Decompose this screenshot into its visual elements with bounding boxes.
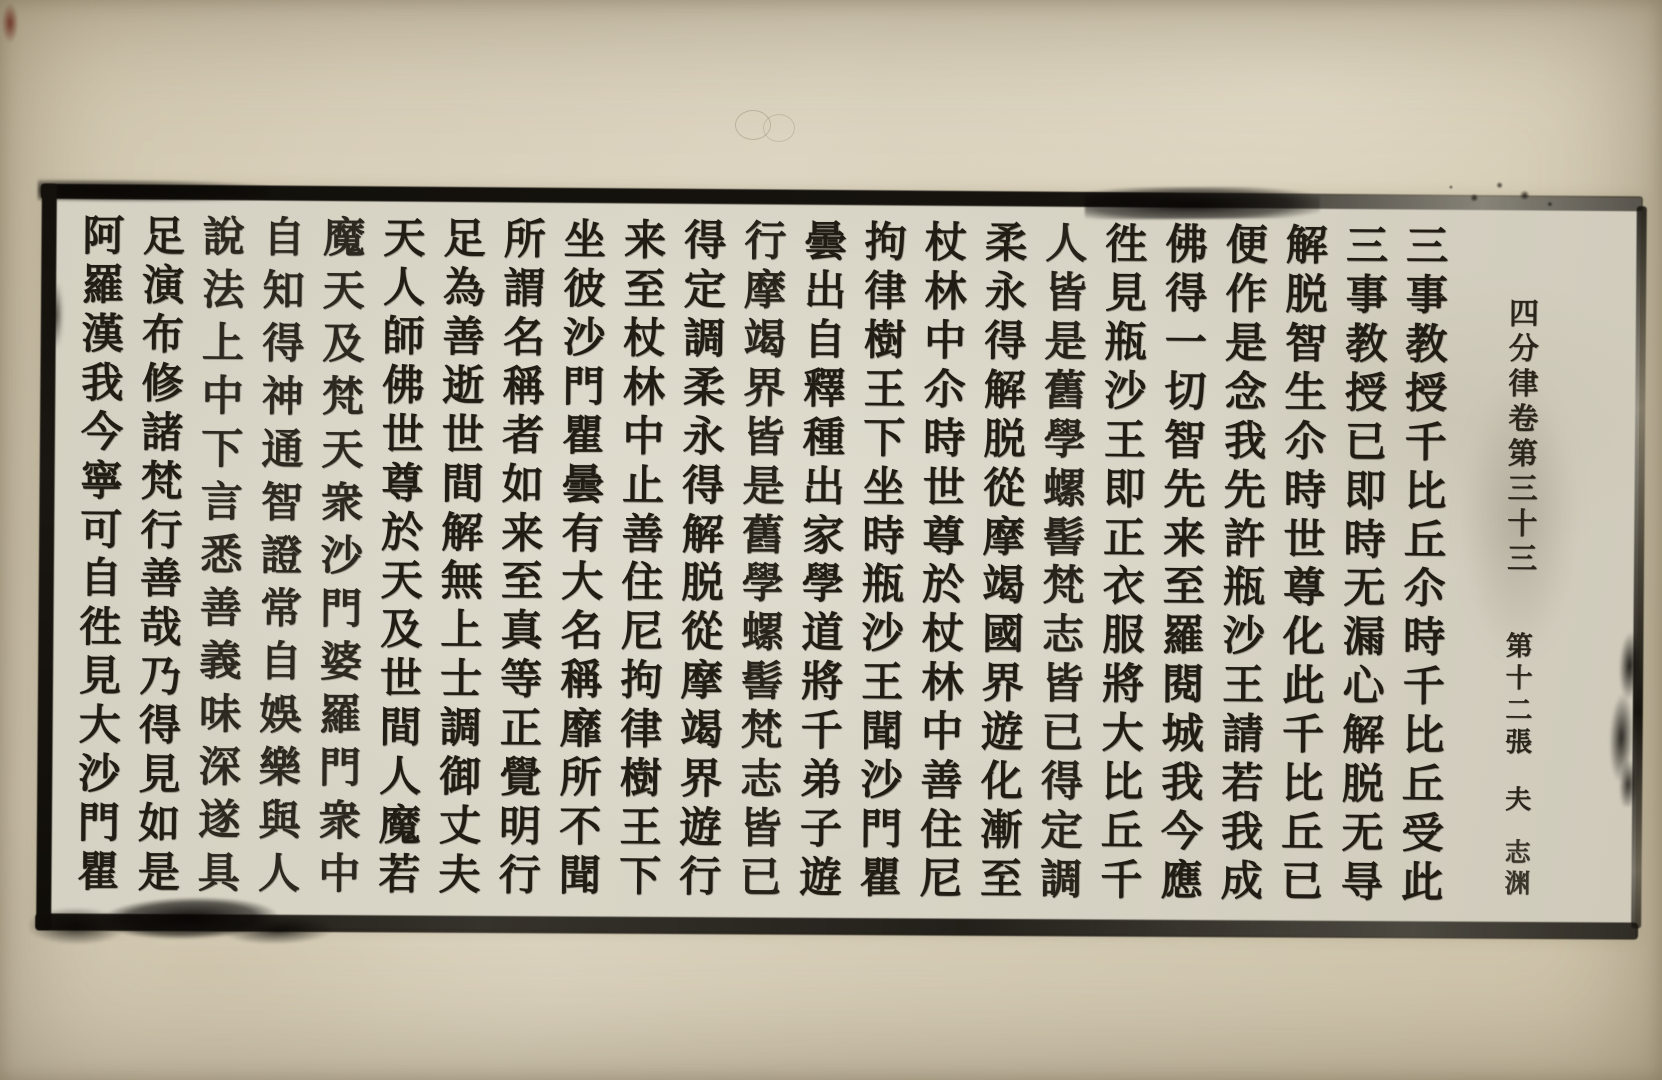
character: 皆: [743, 417, 785, 459]
character: 法: [202, 270, 244, 312]
character: 尒: [924, 369, 966, 411]
character: 世: [442, 415, 484, 457]
character: 調: [683, 319, 725, 361]
character: 已: [1344, 422, 1386, 464]
border-left: [36, 184, 57, 930]
character: 漢: [82, 314, 124, 356]
character: 杖: [925, 223, 967, 265]
character: 曇: [562, 464, 604, 506]
character: 足: [143, 217, 185, 259]
character: 佛: [382, 365, 424, 407]
character: 真: [500, 611, 542, 653]
character: 魔: [323, 218, 365, 260]
character: 王: [1104, 420, 1146, 462]
character: 瞿: [77, 852, 119, 894]
character: 得: [684, 221, 726, 263]
character: 衣: [1103, 567, 1145, 609]
print-border-frame: 三事教授千比丘尒時千比丘受此三事教授已即時无漏心解脱无㝵解脱智生尒時世尊化此千比…: [39, 186, 1641, 939]
character: 竭: [743, 319, 785, 361]
case-marker: 夫: [1498, 785, 1535, 816]
character: 尒: [1403, 569, 1445, 611]
character: 杖: [922, 614, 964, 656]
character: 是: [138, 852, 180, 894]
character: 脱: [681, 563, 723, 605]
character: 自: [263, 217, 305, 259]
character: 舊: [1044, 370, 1086, 412]
character: 善: [443, 317, 485, 359]
character: 名: [503, 317, 545, 359]
character: 是: [1225, 323, 1267, 365]
character: 布: [142, 314, 184, 356]
character: 御: [439, 757, 481, 799]
character: 脱: [983, 419, 1025, 461]
character: 界: [743, 368, 785, 410]
character: 樹: [620, 758, 662, 800]
border-right: [1631, 206, 1647, 928]
character: 髻: [1043, 517, 1085, 559]
character: 具: [198, 853, 240, 895]
character: 通: [261, 429, 303, 471]
character: 城: [1162, 714, 1204, 756]
character: 沙: [1104, 371, 1146, 413]
character: 已: [739, 857, 781, 899]
character: 門: [78, 803, 120, 845]
character: 教: [1345, 324, 1387, 366]
character: 善: [622, 514, 664, 556]
character: 事: [1406, 275, 1448, 317]
character: 時: [1284, 470, 1326, 512]
character: 間: [441, 463, 483, 505]
character: 世: [1283, 519, 1325, 561]
character: 皆: [1042, 664, 1084, 706]
character: 王: [1222, 665, 1264, 707]
character: 林: [623, 367, 665, 409]
text-column: 說法上中下言悉善義味深遂具: [196, 217, 247, 895]
character: 稱: [502, 366, 544, 408]
character: 遂: [198, 800, 240, 842]
character: 逝: [442, 366, 484, 408]
character: 時: [862, 516, 904, 558]
character: 閱: [1162, 665, 1204, 707]
character: 間: [379, 708, 421, 750]
character: 得: [984, 321, 1026, 363]
character: 梵: [1042, 566, 1084, 608]
character: 行: [679, 857, 721, 899]
character: 自: [80, 558, 122, 600]
character: 舊: [742, 515, 784, 557]
character: 是: [742, 466, 784, 508]
character: 請: [1222, 714, 1264, 756]
character: 阿: [82, 216, 124, 258]
character: 林: [921, 663, 963, 705]
character: 尒: [1284, 421, 1326, 463]
character: 世: [382, 414, 424, 456]
character: 摩: [744, 270, 786, 312]
character: 至: [623, 269, 665, 311]
character: 林: [924, 272, 966, 314]
character: 樂: [259, 747, 301, 789]
scroll-title: 四分律卷第三十三: [1496, 297, 1542, 577]
character: 行: [744, 221, 786, 263]
character: 大: [561, 562, 603, 604]
character: 定: [1040, 811, 1082, 853]
character: 坐: [564, 220, 606, 262]
text-column: 解脱智生尒時世尊化此千比丘已: [1279, 225, 1330, 903]
character: 佛: [1165, 225, 1207, 267]
character: 尊: [1283, 568, 1325, 610]
character: 靡: [560, 709, 602, 751]
character: 至: [980, 859, 1022, 901]
character: 授: [1405, 373, 1447, 415]
character: 遊: [981, 712, 1023, 754]
character: 此: [1401, 862, 1443, 904]
character: 乃: [139, 657, 181, 699]
character: 至: [501, 562, 543, 604]
character: 衆: [321, 483, 363, 525]
text-column: 三事教授千比丘尒時千比丘受此: [1399, 226, 1450, 904]
character: 沙: [321, 536, 363, 578]
character: 下: [201, 429, 243, 471]
character: 皆: [1045, 273, 1087, 315]
character: 將: [801, 662, 843, 704]
character: 從: [681, 612, 723, 654]
character: 見: [79, 656, 121, 698]
character: 界: [680, 759, 722, 801]
character: 服: [1102, 615, 1144, 657]
text-column: 杖林中尒時世尊於杖林中善住尼: [918, 223, 969, 901]
character: 大: [79, 705, 121, 747]
character: 沙: [861, 614, 903, 656]
character: 羅: [319, 695, 361, 737]
character: 丘: [1281, 813, 1323, 855]
text-column: 自知得神通智證常自娛樂與人: [256, 217, 307, 895]
text-column: 所謂名稱者如来至真等正覺明行: [497, 219, 548, 897]
character: 味: [199, 694, 241, 736]
character: 調: [440, 708, 482, 750]
character: 正: [1103, 518, 1145, 560]
character: 生: [1285, 372, 1327, 414]
character: 善: [140, 559, 182, 601]
character: 竭: [982, 566, 1024, 608]
character: 无: [1343, 568, 1385, 610]
character: 曇: [804, 222, 846, 264]
character: 梵: [322, 377, 364, 419]
character: 學: [742, 564, 784, 606]
character: 比: [1404, 471, 1446, 513]
character: 坐: [863, 467, 905, 509]
character: 許: [1223, 519, 1265, 561]
red-corner-stain: [2, 4, 18, 42]
character: 士: [440, 659, 482, 701]
character: 上: [202, 323, 244, 365]
character: 沙: [1223, 616, 1265, 658]
character: 家: [802, 515, 844, 557]
character: 與: [258, 800, 300, 842]
character: 尼: [920, 859, 962, 901]
character: 瞿: [860, 858, 902, 900]
character: 丘: [1404, 520, 1446, 562]
character: 及: [322, 324, 364, 366]
character: 解: [984, 370, 1026, 412]
character: 无: [1341, 813, 1383, 855]
ink-blotch-right: [1595, 625, 1655, 807]
character: 至: [1163, 567, 1205, 609]
character: 拘: [865, 222, 907, 264]
character: 門: [319, 748, 361, 790]
character: 我: [1221, 812, 1263, 854]
character: 若: [1221, 763, 1263, 805]
text-column: 拘律樹王下坐時瓶沙王聞沙門瞿: [858, 222, 909, 900]
character: 世: [923, 467, 965, 509]
character: 演: [142, 265, 184, 307]
character: 即: [1103, 469, 1145, 511]
character: 先: [1163, 469, 1205, 511]
character: 竭: [680, 710, 722, 752]
text-column: 坐彼沙門瞿曇有大名稱靡所不聞: [557, 220, 608, 898]
character: 㝵: [1341, 862, 1383, 904]
character: 及: [380, 610, 422, 652]
character: 解: [1342, 715, 1384, 757]
character: 中: [924, 320, 966, 362]
character: 如: [502, 464, 544, 506]
character: 丘: [1101, 811, 1143, 853]
character: 化: [1283, 617, 1325, 659]
character: 拘: [620, 661, 662, 703]
character: 上: [440, 610, 482, 652]
character: 羅: [82, 265, 124, 307]
character: 謂: [503, 268, 545, 310]
character: 千: [1282, 715, 1324, 757]
character: 行: [499, 855, 541, 897]
character: 三: [1346, 226, 1388, 268]
character: 智: [261, 482, 303, 524]
character: 人: [379, 757, 421, 799]
character: 於: [922, 565, 964, 607]
character: 得: [262, 323, 304, 365]
character: 時: [1344, 519, 1386, 561]
text-column: 徃見瓶沙王即正衣服將大比丘千: [1098, 224, 1149, 902]
character: 應: [1160, 861, 1202, 903]
character: 志: [1042, 615, 1084, 657]
character: 所: [559, 758, 601, 800]
character: 下: [619, 856, 661, 898]
character: 我: [81, 363, 123, 405]
text-columns: 三事教授千比丘尒時千比丘受此三事教授已即時无漏心解脱无㝵解脱智生尒時世尊化此千比…: [75, 216, 1450, 905]
character: 見: [138, 755, 180, 797]
character: 教: [1405, 324, 1447, 366]
character: 瞿: [562, 416, 604, 458]
character: 徃: [79, 607, 121, 649]
text-column: 天人師佛世尊於天及世間人魔若: [376, 218, 427, 896]
character: 千: [801, 711, 843, 753]
character: 知: [262, 270, 304, 312]
character: 千: [1100, 860, 1142, 902]
character: 明: [499, 806, 541, 848]
character: 調: [1040, 860, 1082, 902]
character: 止: [622, 465, 664, 507]
character: 智: [1164, 420, 1206, 462]
character: 杖: [623, 318, 665, 360]
character: 脱: [1342, 764, 1384, 806]
text-column: 三事教授已即時无漏心解脱无㝵: [1339, 226, 1390, 904]
sheet-number: 第十二張: [1497, 631, 1537, 759]
character: 自: [804, 320, 846, 362]
text-column: 魔天及梵天衆沙門婆羅門衆中: [316, 218, 367, 896]
text-column: 阿羅漢我今寧可自徃見大沙門瞿: [75, 216, 126, 894]
character: 丘: [1402, 765, 1444, 807]
character: 覺: [499, 757, 541, 799]
character: 得: [1165, 273, 1207, 315]
character: 受: [1401, 813, 1443, 855]
character: 螺: [741, 613, 783, 655]
character: 我: [1224, 421, 1266, 463]
character: 瓶: [1223, 567, 1265, 609]
character: 先: [1224, 470, 1266, 512]
character: 若: [378, 854, 420, 896]
character: 見: [1105, 273, 1147, 315]
character: 門: [860, 809, 902, 851]
character: 有: [561, 513, 603, 555]
character: 来: [501, 513, 543, 555]
character: 足: [443, 219, 485, 261]
text-column: 足為善逝世間解無上士調御丈夫: [436, 219, 487, 897]
character: 世: [380, 659, 422, 701]
character: 釋: [803, 368, 845, 410]
character: 時: [1403, 618, 1445, 660]
character: 沙: [563, 318, 605, 360]
character: 可: [80, 510, 122, 552]
character: 此: [1282, 666, 1324, 708]
character: 丈: [439, 806, 481, 848]
character: 尼: [621, 612, 663, 654]
character: 門: [563, 367, 605, 409]
character: 今: [81, 412, 123, 454]
character: 人: [383, 267, 425, 309]
character: 遊: [799, 858, 841, 900]
character: 徃: [1105, 224, 1147, 266]
character: 人: [258, 853, 300, 895]
character: 定: [684, 270, 726, 312]
character: 比: [1282, 764, 1324, 806]
character: 善: [921, 761, 963, 803]
character: 種: [803, 417, 845, 459]
character: 皆: [740, 808, 782, 850]
character: 門: [320, 589, 362, 631]
ink-smudge-top: [1085, 186, 1320, 219]
ink-specks-top-right: [1406, 162, 1586, 221]
character: 天: [321, 430, 363, 472]
character: 漸: [980, 810, 1022, 852]
character: 國: [982, 614, 1024, 656]
text-column: 佛得一切智先来至羅閱城我今應: [1158, 225, 1209, 903]
character: 心: [1342, 666, 1384, 708]
character: 學: [1044, 419, 1086, 461]
sutra-page: 三事教授千比丘尒時千比丘受此三事教授已即時无漏心解脱无㝵解脱智生尒時世尊化此千比…: [0, 0, 1662, 1080]
character: 中: [921, 712, 963, 754]
text-column: 便作是念我先許瓶沙王請若我成: [1219, 225, 1270, 903]
character: 正: [500, 709, 542, 751]
character: 遊: [679, 808, 721, 850]
character: 住: [920, 810, 962, 852]
border-top: [41, 184, 1643, 212]
character: 行: [140, 510, 182, 552]
character: 義: [199, 641, 241, 683]
character: 者: [502, 415, 544, 457]
character: 我: [1161, 763, 1203, 805]
character: 已: [1041, 713, 1083, 755]
character: 成: [1221, 861, 1263, 903]
character: 永: [985, 272, 1027, 314]
character: 今: [1161, 812, 1203, 854]
character: 寧: [80, 461, 122, 503]
character: 天: [323, 271, 365, 313]
character: 柔: [683, 368, 725, 410]
character: 髻: [741, 662, 783, 704]
character: 界: [981, 663, 1023, 705]
character: 中: [622, 416, 664, 458]
character: 王: [861, 662, 903, 704]
character: 是: [1044, 321, 1086, 363]
character: 人: [1045, 224, 1087, 266]
character: 尊: [381, 463, 423, 505]
character: 解: [441, 512, 483, 554]
character: 解: [1286, 225, 1328, 267]
character: 悉: [200, 535, 242, 577]
carver-name: 志渊: [1497, 838, 1534, 900]
character: 化: [981, 761, 1023, 803]
character: 不: [559, 807, 601, 849]
character: 無: [441, 561, 483, 603]
text-column: 柔永得解脱從摩竭國界遊化漸至: [978, 223, 1029, 901]
character: 瓶: [1104, 322, 1146, 364]
character: 解: [682, 514, 724, 556]
character: 来: [1163, 518, 1205, 560]
character: 子: [800, 809, 842, 851]
character: 於: [381, 512, 423, 554]
character: 便: [1226, 225, 1268, 267]
text-column: 曇出自釋種出家學道將千弟子遊: [797, 222, 848, 900]
character: 千: [1403, 667, 1445, 709]
character: 師: [382, 316, 424, 358]
character: 如: [138, 804, 180, 846]
character: 從: [983, 468, 1025, 510]
character: 樹: [864, 320, 906, 362]
character: 已: [1281, 861, 1323, 903]
character: 善: [200, 588, 242, 630]
character: 娛: [259, 694, 301, 736]
character: 梵: [740, 710, 782, 752]
character: 授: [1345, 373, 1387, 415]
character: 摩: [983, 517, 1025, 559]
character: 出: [802, 466, 844, 508]
character: 沙: [78, 754, 120, 796]
character: 學: [802, 564, 844, 606]
character: 一: [1165, 322, 1207, 364]
character: 律: [864, 271, 906, 313]
character: 哉: [139, 608, 181, 650]
character: 出: [804, 271, 846, 313]
character: 天: [381, 561, 423, 603]
character: 自: [260, 641, 302, 683]
border-bottom: [35, 913, 1638, 939]
character: 王: [863, 369, 905, 411]
character: 三: [1406, 226, 1448, 268]
character: 大: [1101, 713, 1143, 755]
character: 沙: [860, 760, 902, 802]
character: 所: [504, 219, 546, 261]
character: 漏: [1343, 617, 1385, 659]
character: 作: [1225, 274, 1267, 316]
